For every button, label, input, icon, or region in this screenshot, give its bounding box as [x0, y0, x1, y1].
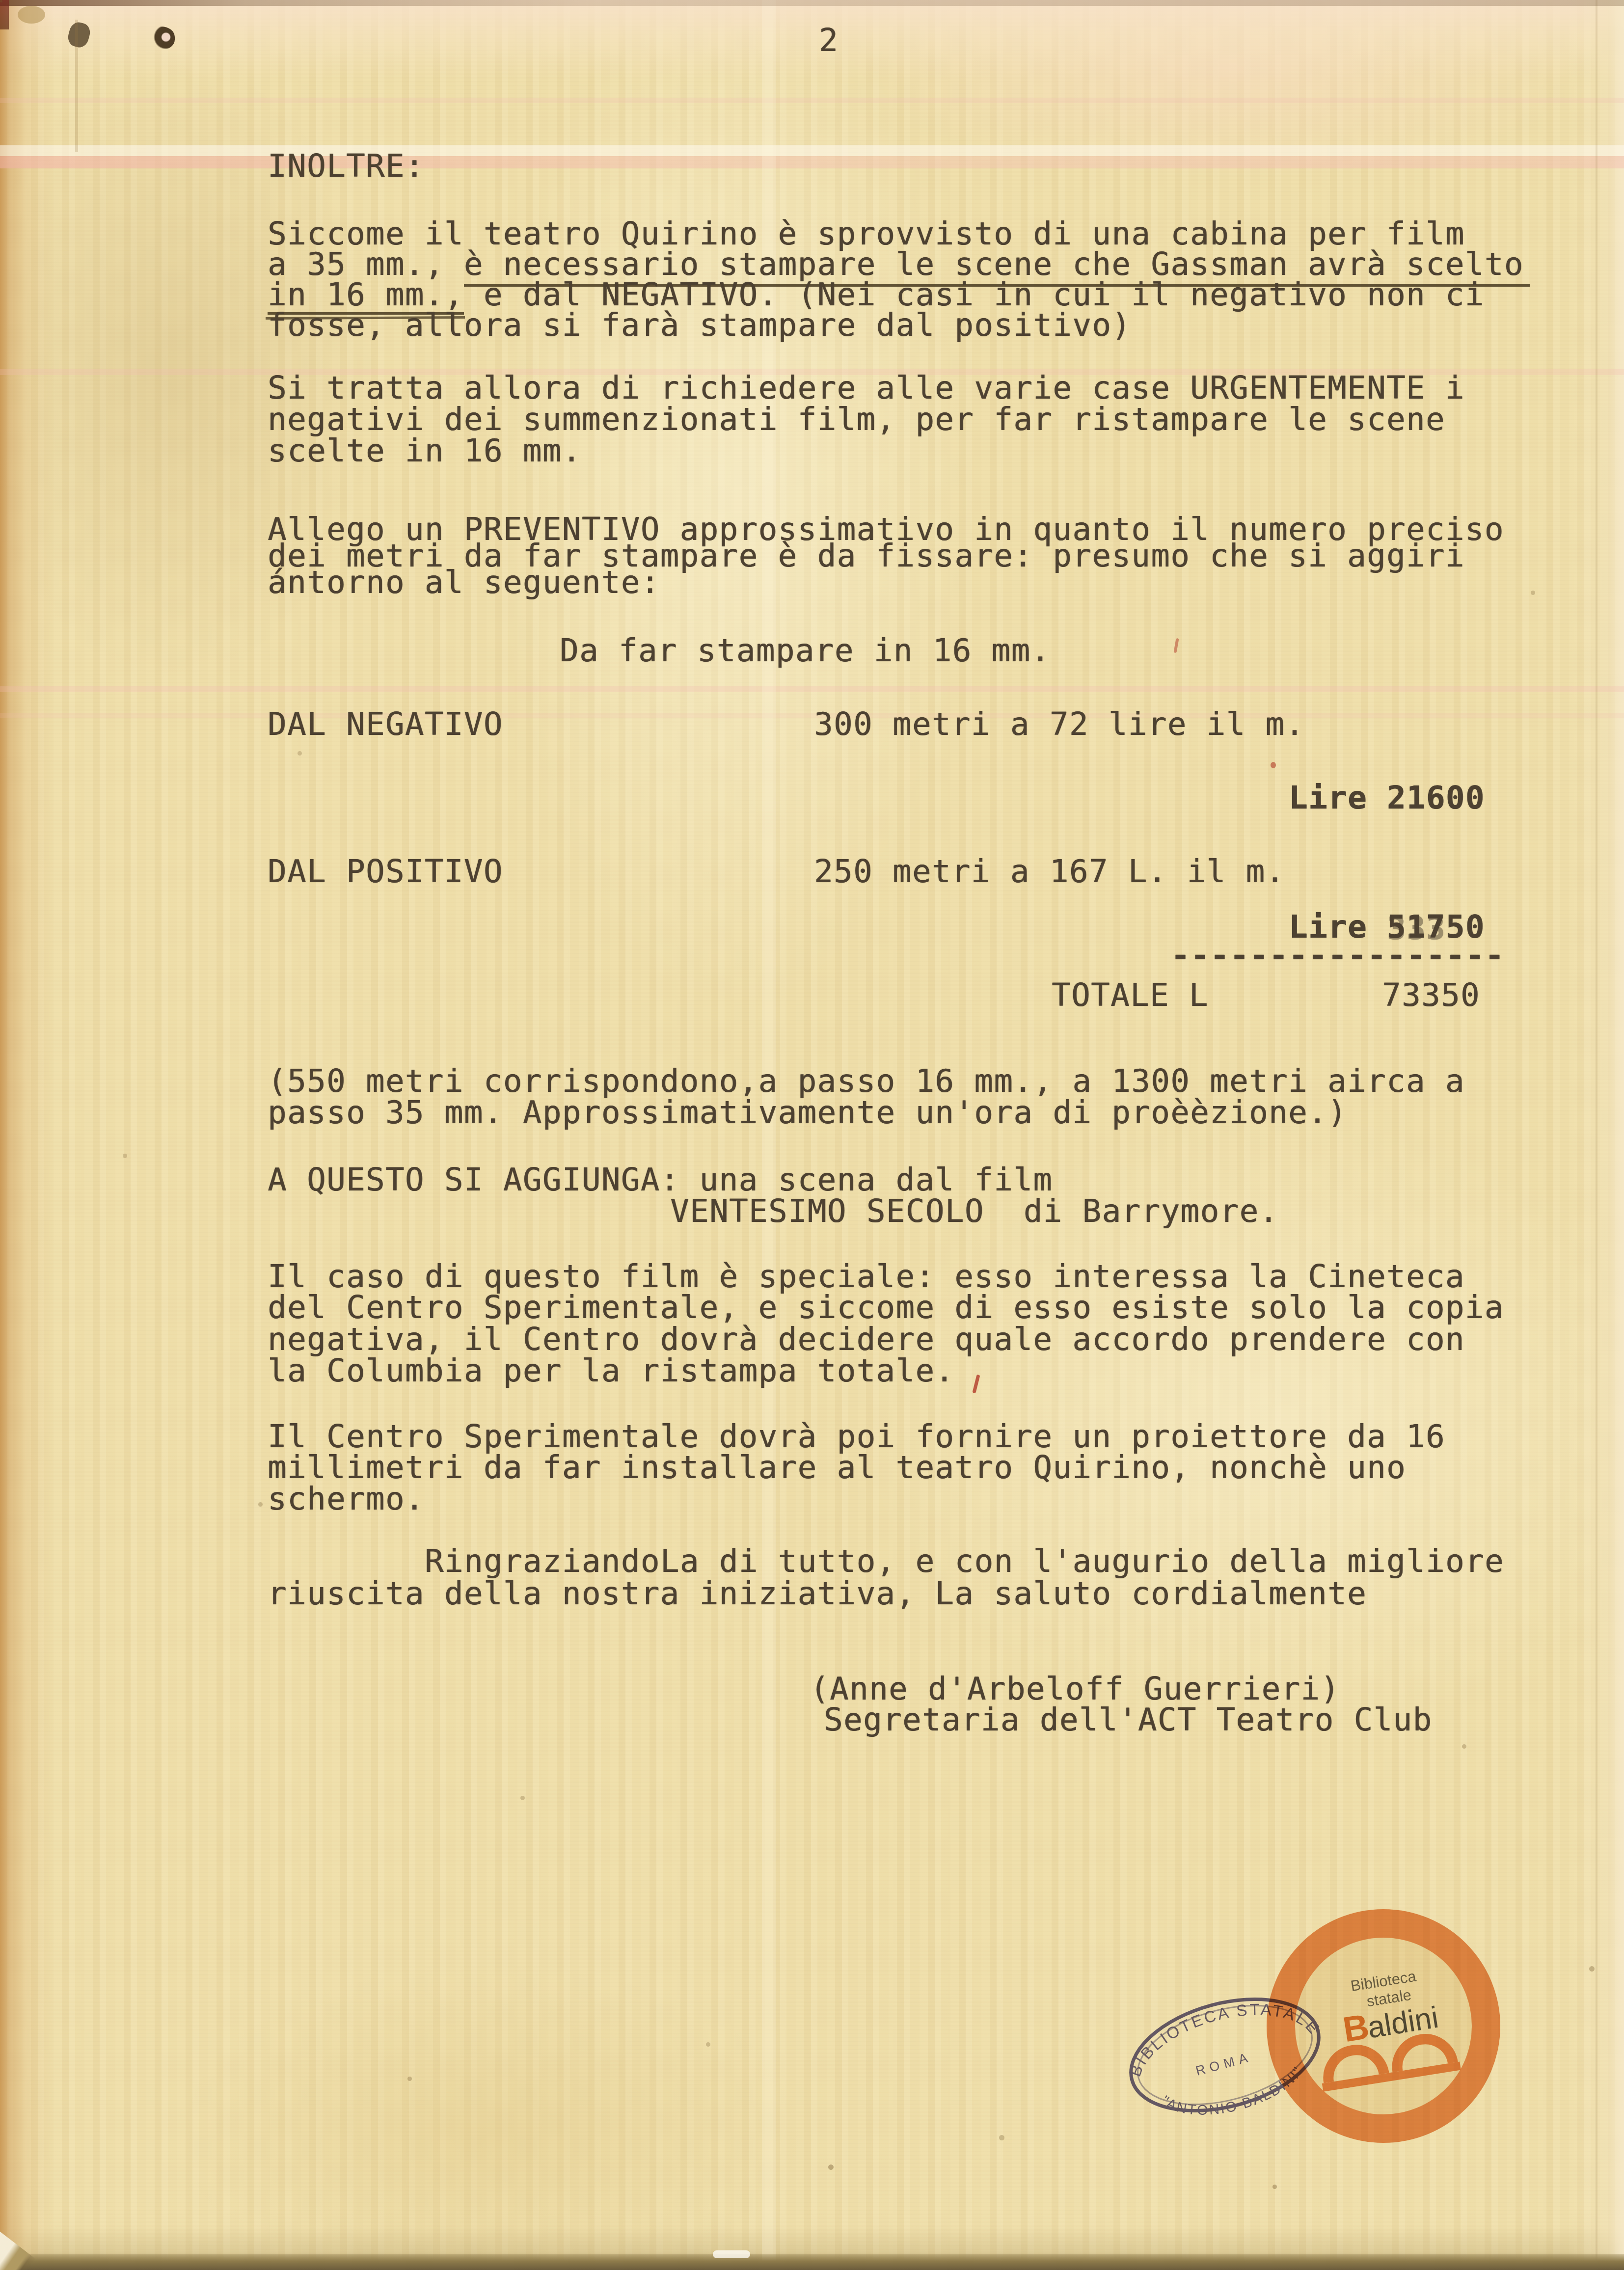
closing-line: riuscita della nostra iniziativa, La sal… [268, 1579, 1367, 1610]
paragraph-line: negativa, il Centro dovrà decidere quale… [268, 1324, 1465, 1355]
paragraph-line: ántorno al seguente: [268, 567, 660, 598]
foxing-specks [0, 0, 2, 2]
scan-band-pink-faint [0, 98, 1624, 103]
burn-spot [145, 27, 175, 50]
scan-band-pink-faint [0, 713, 1624, 718]
red-pen-mark [1173, 638, 1179, 653]
scanned-letter-page: 2 INOLTRE: Siccome il teatro Quirino è s… [0, 0, 1624, 2270]
paragraph-line: Si tratta allora di richiedere alle vari… [268, 373, 1465, 404]
estimate-caption: Da far stampare in 16 mm. [560, 636, 1051, 667]
oval-library-stamp: BIBLIOTECA STATALE "ANTONIO BALDINI" ROM… [1110, 1983, 1340, 2131]
stamp-center-text: ROMA [1194, 2050, 1253, 2079]
paragraph-line: A QUESTO SI AGGIUNGA: una scena dal film [268, 1165, 1053, 1196]
edge-mark [0, 0, 9, 29]
scan-band-white [0, 145, 1624, 156]
signature-name: (Anne d'Arbeloff Guerrieri) [810, 1674, 1340, 1705]
paragraph-line: Siccome il teatro Quirino è sprovvisto d… [268, 219, 1465, 250]
scan-band-pink [0, 156, 1624, 168]
total-amount: 73350 [1382, 980, 1480, 1011]
paragraph-line: negativi dei summenzionati film, per far… [268, 405, 1445, 435]
paragraph-line: Il Centro Sperimentale dovrà poi fornire… [268, 1422, 1445, 1453]
closing-line: RingraziandoLa di tutto, e con l'augurio… [425, 1546, 1504, 1577]
estimate-row-label: DAL NEGATIVO [268, 709, 503, 740]
paragraph-line: (550 metri corrispondono,a passo 16 mm.,… [268, 1066, 1465, 1097]
paragraph-line: fosse, allora si farà stampare dal posit… [268, 310, 1131, 341]
ink-blot [66, 20, 92, 49]
stain [18, 6, 45, 24]
paragraph-line: la Columbia per la ristampa totale. [268, 1356, 954, 1387]
heading: INOLTRE: [268, 151, 425, 182]
dashed-separator: ----------------- [1171, 941, 1505, 972]
estimate-row-detail: 250 metri a 167 L. il m. [814, 857, 1285, 888]
signature-title: Segretaria dell'ACT Teatro Club [824, 1705, 1432, 1736]
paragraph-line: scelte in 16 mm. [268, 436, 582, 467]
paragraph-line: schermo. [268, 1484, 425, 1515]
right-edge-crease [1596, 0, 1597, 2270]
bottom-edge-gap [713, 2250, 750, 2258]
top-edge [0, 0, 1624, 6]
paragraph-line: a 35 mm., è necessario stampare le scene… [268, 249, 1530, 280]
estimate-amount: Lire 21600 [1289, 783, 1485, 814]
paragraph-line: millimetri da far installare al teatro Q… [268, 1453, 1406, 1484]
small-crease [75, 20, 78, 152]
estimate-row-label: DAL POSITIVO [268, 857, 503, 888]
total-label: TOTALE L [1052, 980, 1209, 1011]
paragraph-line: del Centro Sperimentale, e siccome di es… [268, 1293, 1504, 1324]
paragraph-line: Il caso di questo film è speciale: esso … [268, 1262, 1465, 1293]
bottom-edge [0, 2254, 1624, 2270]
estimate-row-detail: 300 metri a 72 lire il m. [814, 709, 1305, 740]
red-dot [1271, 762, 1276, 768]
page-number: 2 [819, 26, 839, 56]
scan-band-pink-faint [0, 686, 1624, 692]
red-pen-mark [973, 1375, 980, 1394]
paragraph-line: VENTESIMO SECOLO di Barrymore. [670, 1196, 1278, 1227]
paragraph-line: passo 35 mm. Approssimativamente un'ora … [268, 1098, 1347, 1129]
